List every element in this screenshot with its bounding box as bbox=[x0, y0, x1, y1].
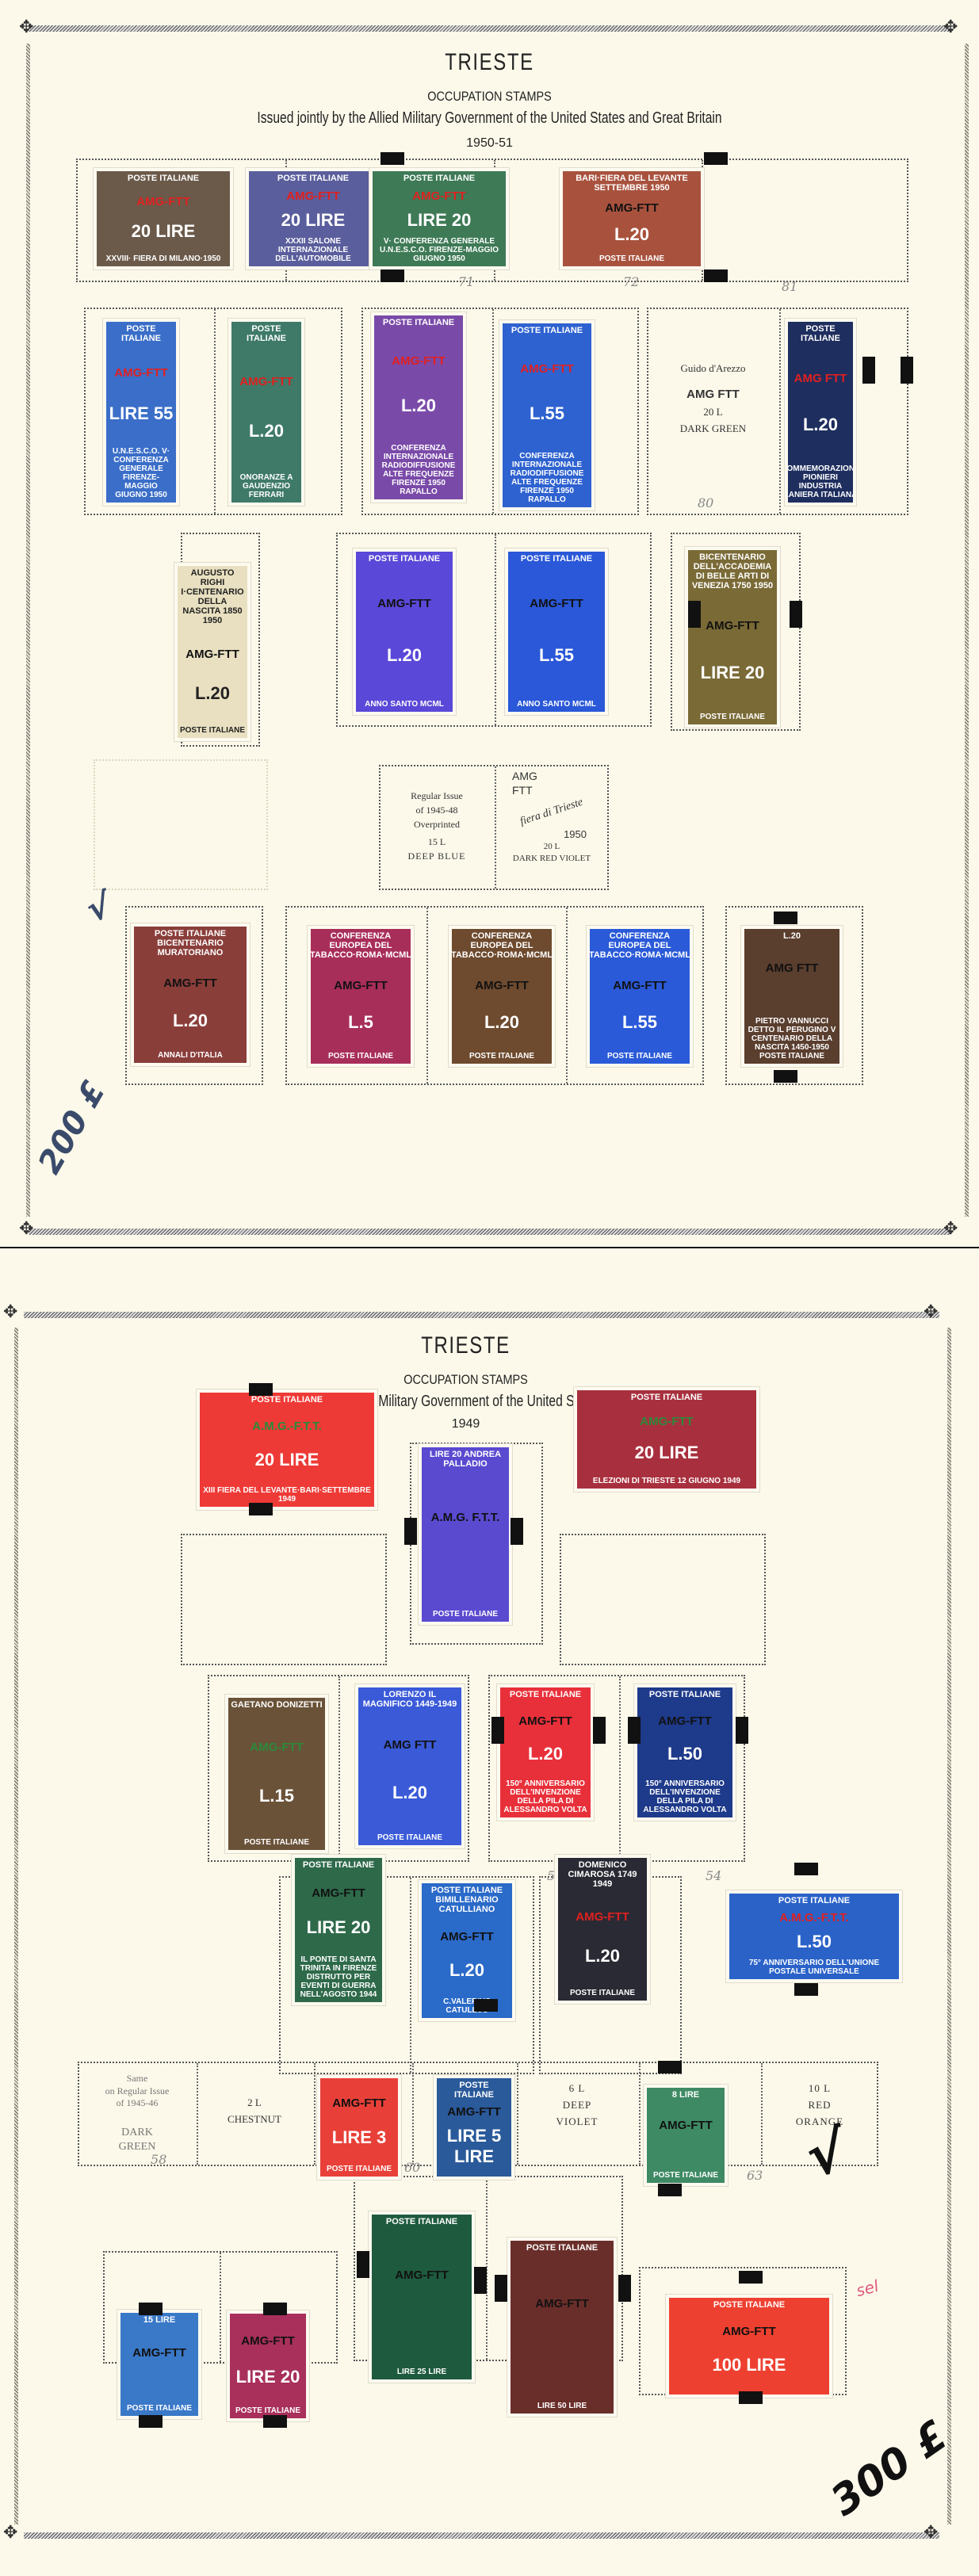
pink-pencil-note: sel bbox=[854, 2276, 881, 2301]
stamp-bottom-text: PIETRO VANNUCCI DETTO IL PERUGINO V CENT… bbox=[744, 1017, 839, 1064]
label-color: RED bbox=[761, 2097, 878, 2114]
stamp-top-text: DOMENICO CIMAROSA 1749 1949 bbox=[558, 1858, 647, 1889]
page-subtitle: OCCUPATION STAMPS bbox=[50, 1372, 882, 1388]
stamp-mount-hinge bbox=[774, 1070, 797, 1083]
stamp-overprint: AMG-FTT bbox=[114, 367, 167, 380]
stamp-mount-hinge bbox=[736, 1717, 748, 1744]
stamp-mount-hinge bbox=[495, 2275, 507, 2302]
stamp: LORENZO IL MAGNIFICO 1449-1949AMG FTTL.2… bbox=[355, 1684, 465, 1848]
page-title: TRIESTE bbox=[75, 1332, 858, 1359]
stamp-mount-hinge bbox=[404, 1518, 417, 1545]
pencil-note: 60 bbox=[404, 2160, 420, 2175]
stamp-box bbox=[560, 1534, 766, 1665]
stamp-bottom-text: XIII FIERA DEL LEVANTE·BARI·SETTEMBRE 19… bbox=[200, 1486, 374, 1507]
stamp-bottom-text: POSTE ITALIANE bbox=[125, 2404, 193, 2416]
corner-ornament-icon: ✥ bbox=[924, 1304, 938, 1321]
stamp-mount-hinge bbox=[139, 2415, 163, 2428]
label-value: 10 L bbox=[761, 2081, 878, 2097]
label-line: Overprinted bbox=[379, 817, 495, 831]
stamp-value: L.20 bbox=[392, 1783, 427, 1803]
space-label-2l: 2 L CHESTNUT bbox=[197, 2095, 312, 2128]
corner-ornament-icon: ✥ bbox=[3, 1304, 17, 1321]
stamp-overprint: AMG-FTT bbox=[132, 2347, 185, 2360]
label-color: VIOLET bbox=[517, 2114, 637, 2131]
stamp: POSTE ITALIANE BIMILLENARIO CATULLIANOAM… bbox=[419, 1880, 515, 2021]
stamp-bottom-text: CONFERENZA INTERNAZIONALE RADIODIFFUSION… bbox=[503, 452, 591, 507]
stamp-bottom-text: ONORANZE A GAUDENZIO FERRARI bbox=[231, 473, 301, 503]
stamp-top-text: POSTE ITALIANE bbox=[519, 552, 594, 564]
stamp-bottom-text: COMMEMORAZIONE PIONIERI INDUSTRIA LANIER… bbox=[785, 464, 856, 503]
stamp: POSTE ITALIANEAMG-FTT20 LIREXXXII SALONE… bbox=[246, 168, 381, 269]
stamp-bottom-text: POSTE ITALIANE bbox=[325, 2165, 393, 2177]
stamp-top-text: CONFERENZA EUROPEA DEL TABACCO·ROMA·MCML bbox=[449, 929, 554, 960]
ink-price-note: 200 £ bbox=[31, 1076, 112, 1179]
stamp: POSTE ITALIANEAMG-FTT100 LIRE bbox=[666, 2295, 832, 2398]
label-value: 20 L bbox=[652, 404, 774, 421]
stamp-value: L.20 bbox=[614, 224, 649, 245]
stamp-overprint: AMG-FTT bbox=[518, 1715, 572, 1729]
stamp-mount-hinge bbox=[901, 357, 913, 384]
stamp-top-text: POSTE ITALIANE bbox=[231, 322, 301, 343]
stamp-mount-hinge bbox=[474, 1999, 498, 2012]
stamp-value: L.20 bbox=[449, 1960, 484, 1981]
stamp-value: L.50 bbox=[797, 1932, 832, 1952]
stamp-overprint: AMG-FTT bbox=[706, 620, 759, 633]
stamp-top-text: POSTE ITALIANE bbox=[126, 171, 201, 183]
label-line: AMG bbox=[495, 769, 609, 783]
stamp-bottom-text: C.VALERIUS CATULLUS bbox=[422, 1997, 512, 2018]
stamp-bottom-text: XXVIII· FIERA DI MILANO·1950 bbox=[105, 254, 223, 266]
stamp: POSTE ITALIANEAMG-FTTL.55ANNO SANTO MCML bbox=[505, 548, 608, 715]
stamp: 15 LIREAMG-FTTPOSTE ITALIANE bbox=[117, 2310, 201, 2419]
stamp-value: L.50 bbox=[667, 1744, 702, 1764]
corner-ornament-icon: ✥ bbox=[19, 1221, 33, 1238]
stamp-bottom-text: POSTE ITALIANE bbox=[327, 1052, 395, 1064]
page-frame-left bbox=[14, 1328, 18, 2524]
stamp-mount-hinge bbox=[862, 357, 875, 384]
stamp: BARI·FIERA DEL LEVANTE SETTEMBRE 1950AMG… bbox=[560, 168, 704, 269]
label-value: 20 L bbox=[495, 841, 609, 852]
stamp-top-text: POSTE ITALIANE bbox=[106, 322, 176, 343]
stamp-value: L.20 bbox=[401, 396, 436, 416]
stamp-bottom-text: POSTE ITALIANE bbox=[178, 726, 247, 738]
stamp-mount-hinge bbox=[739, 2271, 763, 2284]
page-title: TRIESTE bbox=[98, 49, 881, 76]
stamp-overprint: AMG-FTT bbox=[440, 1931, 493, 1944]
stamp-overprint: AMG-FTT bbox=[286, 190, 339, 204]
stamp-value: LIRE 20 bbox=[701, 663, 765, 683]
stamp-top-text: BARI·FIERA DEL LEVANTE SETTEMBRE 1950 bbox=[563, 171, 701, 193]
stamp-top-text: LIRE 20 ANDREA PALLADIO bbox=[422, 1447, 509, 1469]
space-label-regular-issue: Regular Issue of 1945-48 Overprinted 15 … bbox=[379, 789, 495, 863]
page-frame-right bbox=[947, 1328, 951, 2524]
stamp-overprint: AMG-FTT bbox=[640, 1416, 693, 1429]
stamp-top-text: POSTE ITALIANE bbox=[402, 171, 476, 183]
page-frame-bottom bbox=[24, 2532, 939, 2539]
label-color: DEEP bbox=[517, 2097, 637, 2114]
stamp-top-text: POSTE ITALIANE bbox=[788, 322, 853, 343]
issued-note: Issued jointly by the Allied Military Go… bbox=[108, 109, 871, 128]
stamp-top-text: POSTE ITALIANE bbox=[629, 1390, 704, 1402]
stamp-top-text: CONFERENZA EUROPEA DEL TABACCO·ROMA·MCML bbox=[587, 929, 692, 960]
stamp-mount-hinge bbox=[618, 2275, 631, 2302]
stamp: AMG-FTTLIRE 3POSTE ITALIANE bbox=[317, 2075, 401, 2180]
label-stamp-name: Guido d'Arezzo bbox=[652, 361, 774, 377]
stamp-mount-hinge bbox=[774, 912, 797, 924]
pencil-note: 71 bbox=[458, 274, 474, 289]
stamp-top-text: L.20 bbox=[782, 929, 802, 941]
stamp-overprint: AMG-FTT bbox=[377, 598, 430, 611]
stamp: POSTE ITALIANEAMG-FTTLIRE 20V· CONFERENZ… bbox=[369, 168, 509, 269]
label-color: DARK GREEN bbox=[652, 421, 774, 438]
pencil-note: 58 bbox=[151, 2152, 166, 2167]
stamp-value: L.20 bbox=[585, 1946, 620, 1966]
stamp-overprint: AMG-FTT bbox=[136, 196, 189, 209]
label-color: GREEN bbox=[79, 2140, 195, 2154]
pencil-note: 54 bbox=[706, 1868, 721, 1883]
stamp-overprint: AMG-FTT bbox=[520, 363, 573, 376]
stamp-overprint: AMG-FTT bbox=[239, 376, 293, 389]
stamp-bottom-text: 75° ANNIVERSARIO DELL'UNIONE POSTALE UNI… bbox=[729, 1959, 899, 1979]
stamp-bottom-text: POSTE ITALIANE bbox=[468, 1052, 536, 1064]
stamp-overprint: AMG-FTT bbox=[475, 980, 528, 993]
page-subtitle: OCCUPATION STAMPS bbox=[74, 89, 906, 105]
stamp-bottom-text: POSTE ITALIANE bbox=[376, 1833, 444, 1845]
stamp-value: L.20 bbox=[249, 421, 284, 441]
stamp-bottom-text: ANNALI D'ITALIA bbox=[156, 1051, 224, 1063]
stamp-bottom-text: ANNO SANTO MCML bbox=[363, 700, 446, 712]
page-frame-right bbox=[965, 44, 969, 1217]
stamp-mount-hinge bbox=[658, 2184, 682, 2196]
pencil-note: 63 bbox=[747, 2168, 763, 2183]
stamp-mount-hinge bbox=[688, 601, 701, 628]
stamp-overprint: AMG-FTT bbox=[530, 598, 583, 611]
space-label-same-regular: Same on Regular Issue of 1945-46 DARK GR… bbox=[79, 2073, 195, 2154]
stamp-top-text: POSTE ITALIANE bbox=[301, 1858, 376, 1870]
stamp: GAETANO DONIZETTIAMG-FTTL.15POSTE ITALIA… bbox=[225, 1695, 328, 1853]
stamp-top-text: POSTE ITALIANE bbox=[437, 2078, 511, 2100]
stamp-mount-hinge bbox=[357, 2251, 369, 2278]
stamp-overprint: AMG-FTT bbox=[395, 2269, 448, 2283]
corner-ornament-icon: ✥ bbox=[19, 19, 33, 36]
stamp-mount-hinge bbox=[491, 1717, 504, 1744]
stamp: POSTE ITALIANEAMG-FTTL.20ANNO SANTO MCML bbox=[353, 548, 456, 715]
pencil-note: 72 bbox=[623, 274, 639, 289]
stamp-overprint: AMG-FTT bbox=[447, 2106, 500, 2119]
label-line: of 1945-46 bbox=[79, 2097, 195, 2110]
corner-ornament-icon: ✥ bbox=[924, 2524, 938, 2542]
label-color: DARK bbox=[79, 2126, 195, 2140]
stamp-value: L.55 bbox=[622, 1012, 657, 1033]
label-color: CHESTNUT bbox=[197, 2112, 312, 2128]
ink-check-mark-icon: √ bbox=[82, 885, 116, 931]
stamp: L.20AMG FTTPIETRO VANNUCCI DETTO IL PERU… bbox=[741, 926, 843, 1067]
stamp: LIRE 20 ANDREA PALLADIOA.M.G. F.T.T.POST… bbox=[419, 1444, 512, 1625]
stamp-value: L.20 bbox=[484, 1012, 519, 1033]
stamp-mount-hinge bbox=[139, 2303, 163, 2315]
stamp-mount-hinge bbox=[794, 1983, 818, 1996]
ink-price-note: 300 £ bbox=[823, 2413, 956, 2526]
stamp-bottom-text: POSTE ITALIANE bbox=[606, 1052, 674, 1064]
stamp-overprint: AMG-FTT bbox=[412, 190, 465, 204]
label-value: 2 L bbox=[197, 2095, 312, 2112]
stamp-top-text: POSTE ITALIANE bbox=[777, 1894, 851, 1905]
stamp-top-text: POSTE ITALIANE bbox=[508, 1687, 583, 1699]
stamp-bottom-text: XXXII SALONE INTERNAZIONALE DELL'AUTOMOB… bbox=[249, 237, 377, 266]
stamp-overprint: AMG-FTT bbox=[535, 2298, 588, 2311]
stamp-top-text bbox=[358, 2078, 361, 2081]
stamp-overprint: AMG-FTT bbox=[658, 1715, 711, 1729]
stamp: POSTE ITALIANEA.M.G.-F.T.T.20 LIREXIII F… bbox=[197, 1389, 377, 1510]
stamp-bottom-text: POSTE ITALIANE bbox=[652, 2171, 720, 2183]
stamp-top-text: POSTE ITALIANE bbox=[712, 2298, 786, 2310]
stamp-bottom-text: POSTE ITALIANE bbox=[568, 1989, 637, 2001]
label-value: 6 L bbox=[517, 2081, 637, 2097]
label-line: on Regular Issue bbox=[79, 2085, 195, 2098]
stamp-value: LIRE 5 LIRE bbox=[437, 2126, 511, 2167]
stamp-mount-hinge bbox=[739, 2391, 763, 2404]
stamp: POSTE ITALIANEAMG-FTT20 LIREXXVIII· FIER… bbox=[94, 168, 233, 269]
stamp: POSTE ITALIANEA.M.G.-F.T.T.L.5075° ANNIV… bbox=[726, 1890, 902, 1982]
space-label-6l: 6 L DEEP VIOLET bbox=[517, 2081, 637, 2130]
stamp: POSTE ITALIANEAMG-FTTLIRE 50 LIRE bbox=[507, 2238, 617, 2417]
stamp-value: L.20 bbox=[803, 415, 838, 435]
stamp-mount-hinge bbox=[381, 269, 404, 282]
stamp-overprint: AMG-FTT bbox=[576, 1911, 629, 1924]
stamp-mount-hinge bbox=[628, 1717, 641, 1744]
stamp: POSTE ITALIANEAMG-FTT20 LIREELEZIONI DI … bbox=[574, 1387, 759, 1492]
faint-bleed-box bbox=[94, 759, 268, 890]
stamp-top-text: GAETANO DONIZETTI bbox=[229, 1698, 323, 1710]
stamp-value: L.15 bbox=[259, 1786, 294, 1806]
stamp-value: 100 LIRE bbox=[713, 2355, 786, 2375]
stamp-overprint: AMG-FTT bbox=[605, 202, 658, 216]
stamp: DOMENICO CIMAROSA 1749 1949AMG-FTTL.20PO… bbox=[555, 1855, 650, 2004]
stamp-bottom-text: POSTE ITALIANE bbox=[431, 1610, 499, 1622]
stamp-bottom-text: LIRE 25 LIRE bbox=[396, 2368, 448, 2379]
corner-ornament-icon: ✥ bbox=[3, 2524, 17, 2542]
stamp-overprint: AMG-FTT bbox=[241, 2335, 294, 2349]
corner-ornament-icon: ✥ bbox=[943, 1221, 958, 1238]
stamp-top-text: POSTE ITALIANE bbox=[510, 323, 584, 335]
stamp-top-text: CONFERENZA EUROPEA DEL TABACCO·ROMA·MCML bbox=[308, 929, 413, 960]
stamp-mount-hinge bbox=[511, 1518, 523, 1545]
stamp-bottom-text: CONFERENZA INTERNAZIONALE RADIODIFFUSION… bbox=[374, 444, 463, 499]
stamp-bottom-text bbox=[472, 2173, 476, 2177]
stamp: POSTE ITALIANEAMG-FTTLIRE 55U.N.E.S.C.O.… bbox=[103, 319, 179, 506]
stamp-mount-hinge bbox=[794, 1863, 818, 1875]
stamp-overprint: AMG FTT bbox=[384, 1739, 437, 1752]
page-frame-left bbox=[26, 44, 30, 1217]
stamp-overprint: AMG FTT bbox=[794, 373, 847, 386]
stamp: 8 LIREAMG-FTTPOSTE ITALIANE bbox=[644, 2085, 728, 2186]
stamp-mount-hinge bbox=[249, 1383, 273, 1396]
stamp-top-text: POSTE ITALIANE bbox=[276, 171, 350, 183]
stamp-mount-hinge bbox=[381, 152, 404, 165]
stamp-value: L.55 bbox=[539, 645, 574, 666]
stamp: AUGUSTO RIGHI I·CENTENARIO DELLA NASCITA… bbox=[174, 563, 250, 741]
stamp-value: LIRE 3 bbox=[332, 2127, 386, 2148]
stamp: POSTE ITALIANEAMG FTTL.20COMMEMORAZIONE … bbox=[785, 319, 856, 506]
label-line: Same bbox=[79, 2073, 195, 2085]
stamp-top-text: POSTE ITALIANE bbox=[384, 2215, 459, 2226]
label-color: DARK RED VIOLET bbox=[495, 853, 609, 864]
stamp: POSTE ITALIANEAMG-FTTL.20ONORANZE A GAUD… bbox=[228, 319, 304, 506]
pencil-note: 81 bbox=[782, 279, 797, 294]
stamp: CONFERENZA EUROPEA DEL TABACCO·ROMA·MCML… bbox=[587, 926, 693, 1067]
stamp-top-text: POSTE ITALIANE bbox=[525, 2241, 599, 2253]
stamp-overprint: AMG-FTT bbox=[332, 2097, 385, 2111]
stamp-bottom-text: ELEZIONI DI TRIESTE 12 GIUGNO 1949 bbox=[591, 1477, 742, 1489]
stamp-mount-hinge bbox=[249, 1503, 273, 1515]
year-heading: 1950-51 bbox=[0, 136, 979, 151]
stamp-value: L.20 bbox=[173, 1011, 208, 1031]
stamp: POSTE ITALIANEAMG-FTTLIRE 25 LIRE bbox=[369, 2211, 475, 2383]
stamp-top-text: 8 LIRE bbox=[671, 2088, 701, 2100]
stamp-mount-hinge bbox=[704, 152, 728, 165]
stamp-bottom-text: ANNO SANTO MCML bbox=[515, 700, 598, 712]
stamp-overprint: AMG-FTT bbox=[163, 977, 216, 991]
stamp-bottom-text: 150° ANNIVERSARIO DELL'INVENZIONE DELLA … bbox=[500, 1779, 591, 1817]
stamp: POSTE ITALIANEAMG-FTTLIRE 5 LIRE bbox=[434, 2075, 514, 2180]
stamp-bottom-text: 150° ANNIVERSARIO DELL'INVENZIONE DELLA … bbox=[637, 1779, 732, 1817]
stamp-overprint: A.M.G.-F.T.T. bbox=[252, 1420, 322, 1434]
stamp-mount-hinge bbox=[474, 2267, 487, 2294]
stamp-value: LIRE 20 bbox=[307, 1917, 371, 1938]
pencil-note: 80 bbox=[698, 495, 713, 510]
stamp-value: LIRE 20 bbox=[236, 2367, 300, 2387]
label-overprint: AMG FTT bbox=[686, 388, 740, 401]
year-heading: 1949 bbox=[0, 1417, 955, 1431]
stamp-top-text: POSTE ITALIANE bbox=[367, 552, 442, 564]
space-label-fiera-trieste: AMG FTT fiera di Trieste 1950 20 L DARK … bbox=[495, 769, 609, 864]
stamp-overprint: AMG-FTT bbox=[250, 1741, 303, 1755]
stamp: POSTE ITALIANEAMG-FTTL.20150° ANNIVERSAR… bbox=[497, 1684, 594, 1821]
stamp-bottom-text: IL PONTE DI SANTA TRINITA IN FIRENZE DIS… bbox=[295, 1955, 382, 2002]
stamp: POSTE ITALIANEAMG-FTTLIRE 20IL PONTE DI … bbox=[292, 1855, 385, 2005]
stamp-overprint: AMG-FTT bbox=[334, 980, 387, 993]
stamp-value: 20 LIRE bbox=[281, 210, 346, 231]
page-frame-top bbox=[29, 25, 950, 32]
stamp-bottom-text: POSTE ITALIANE bbox=[598, 254, 666, 266]
stamp-mount-hinge bbox=[790, 601, 802, 628]
stamp-top-text: POSTE ITALIANE BIMILLENARIO CATULLIANO bbox=[422, 1883, 512, 1914]
stamp-bottom-text: LIRE 50 LIRE bbox=[536, 2402, 588, 2414]
stamp-value: LIRE 20 bbox=[407, 210, 472, 231]
label-line: of 1945-48 bbox=[379, 803, 495, 817]
stamp-top-text: LORENZO IL MAGNIFICO 1449-1949 bbox=[358, 1687, 461, 1709]
stamp-value: 20 LIRE bbox=[635, 1443, 699, 1463]
stamp-value: L.20 bbox=[387, 645, 422, 666]
stamp-bottom-text: POSTE ITALIANE bbox=[243, 1838, 311, 1850]
stamp-overprint: A.M.G. F.T.T. bbox=[431, 1512, 500, 1525]
stamp-value: L.55 bbox=[530, 403, 564, 424]
stamp: CONFERENZA EUROPEA DEL TABACCO·ROMA·MCML… bbox=[308, 926, 414, 1067]
stamp-top-text: AUGUSTO RIGHI I·CENTENARIO DELLA NASCITA… bbox=[178, 566, 247, 626]
stamp-overprint: AMG-FTT bbox=[659, 2119, 712, 2133]
stamp-top-text: POSTE ITALIANE bbox=[381, 315, 456, 327]
stamp-mount-hinge bbox=[658, 2061, 682, 2073]
page-frame-bottom bbox=[29, 1229, 950, 1235]
stamp-mount-hinge bbox=[263, 2415, 287, 2428]
stamp-value: L.20 bbox=[195, 683, 230, 704]
stamp-mount-hinge bbox=[704, 269, 728, 282]
stamp: CONFERENZA EUROPEA DEL TABACCO·ROMA·MCML… bbox=[449, 926, 555, 1067]
stamp-overprint: A.M.G.-F.T.T. bbox=[779, 1912, 849, 1925]
stamp-value: 20 LIRE bbox=[255, 1450, 319, 1470]
stamp-overprint: AMG FTT bbox=[766, 962, 819, 976]
corner-ornament-icon: ✥ bbox=[943, 19, 958, 36]
stamp: POSTE ITALIANEAMG-FTTL.20CONFERENZA INTE… bbox=[371, 312, 466, 503]
stamp: AMG-FTTLIRE 20POSTE ITALIANE bbox=[227, 2310, 309, 2421]
stamp-overprint: AMG-FTT bbox=[392, 355, 445, 369]
space-label-guido-darezzo: Guido d'Arezzo AMG FTT 20 L DARK GREEN bbox=[652, 361, 774, 437]
stamp-overprint: AMG-FTT bbox=[185, 648, 239, 662]
stamp-bottom-text: V· CONFERENZA GENERALE U.N.E.S.C.O. FIRE… bbox=[373, 237, 506, 266]
stamp-top-text: POSTE ITALIANE BICENTENARIO MURATORIANO bbox=[134, 927, 247, 957]
stamp: POSTE ITALIANE BICENTENARIO MURATORIANOA… bbox=[131, 923, 250, 1066]
stamp-box bbox=[181, 1534, 387, 1665]
stamp-value: LIRE 55 bbox=[109, 403, 174, 424]
stamp-mount-hinge bbox=[593, 1717, 606, 1744]
stamp: POSTE ITALIANEAMG-FTTL.50150° ANNIVERSAR… bbox=[634, 1684, 736, 1821]
stamp-overprint: AMG-FTT bbox=[613, 980, 666, 993]
stamp-top-text: BICENTENARIO DELL'ACCADEMIA DI BELLE ART… bbox=[688, 550, 777, 590]
stamp-bottom-text: POSTE ITALIANE bbox=[698, 713, 767, 724]
label-value: 15 L bbox=[379, 835, 495, 849]
stamp-overprint: AMG-FTT bbox=[722, 2326, 775, 2339]
stamp: BICENTENARIO DELL'ACCADEMIA DI BELLE ART… bbox=[685, 547, 780, 728]
label-line: Regular Issue bbox=[379, 789, 495, 803]
stamp-value: L.20 bbox=[528, 1744, 563, 1764]
stamp-value: 20 LIRE bbox=[132, 221, 196, 242]
stamp-mount-hinge bbox=[263, 2303, 287, 2315]
stamp-bottom-text: U.N.E.S.C.O. V· CONFERENZA GENERALE FIRE… bbox=[106, 447, 176, 503]
page-frame-top bbox=[24, 1312, 939, 1318]
label-color: DEEP BLUE bbox=[379, 849, 495, 863]
stamp-value: L.5 bbox=[348, 1012, 373, 1033]
stamp-top-text: POSTE ITALIANE bbox=[648, 1687, 722, 1699]
stamp: POSTE ITALIANEAMG-FTTL.55CONFERENZA INTE… bbox=[499, 320, 595, 510]
stamp-overprint: AMG-FTT bbox=[312, 1887, 365, 1901]
